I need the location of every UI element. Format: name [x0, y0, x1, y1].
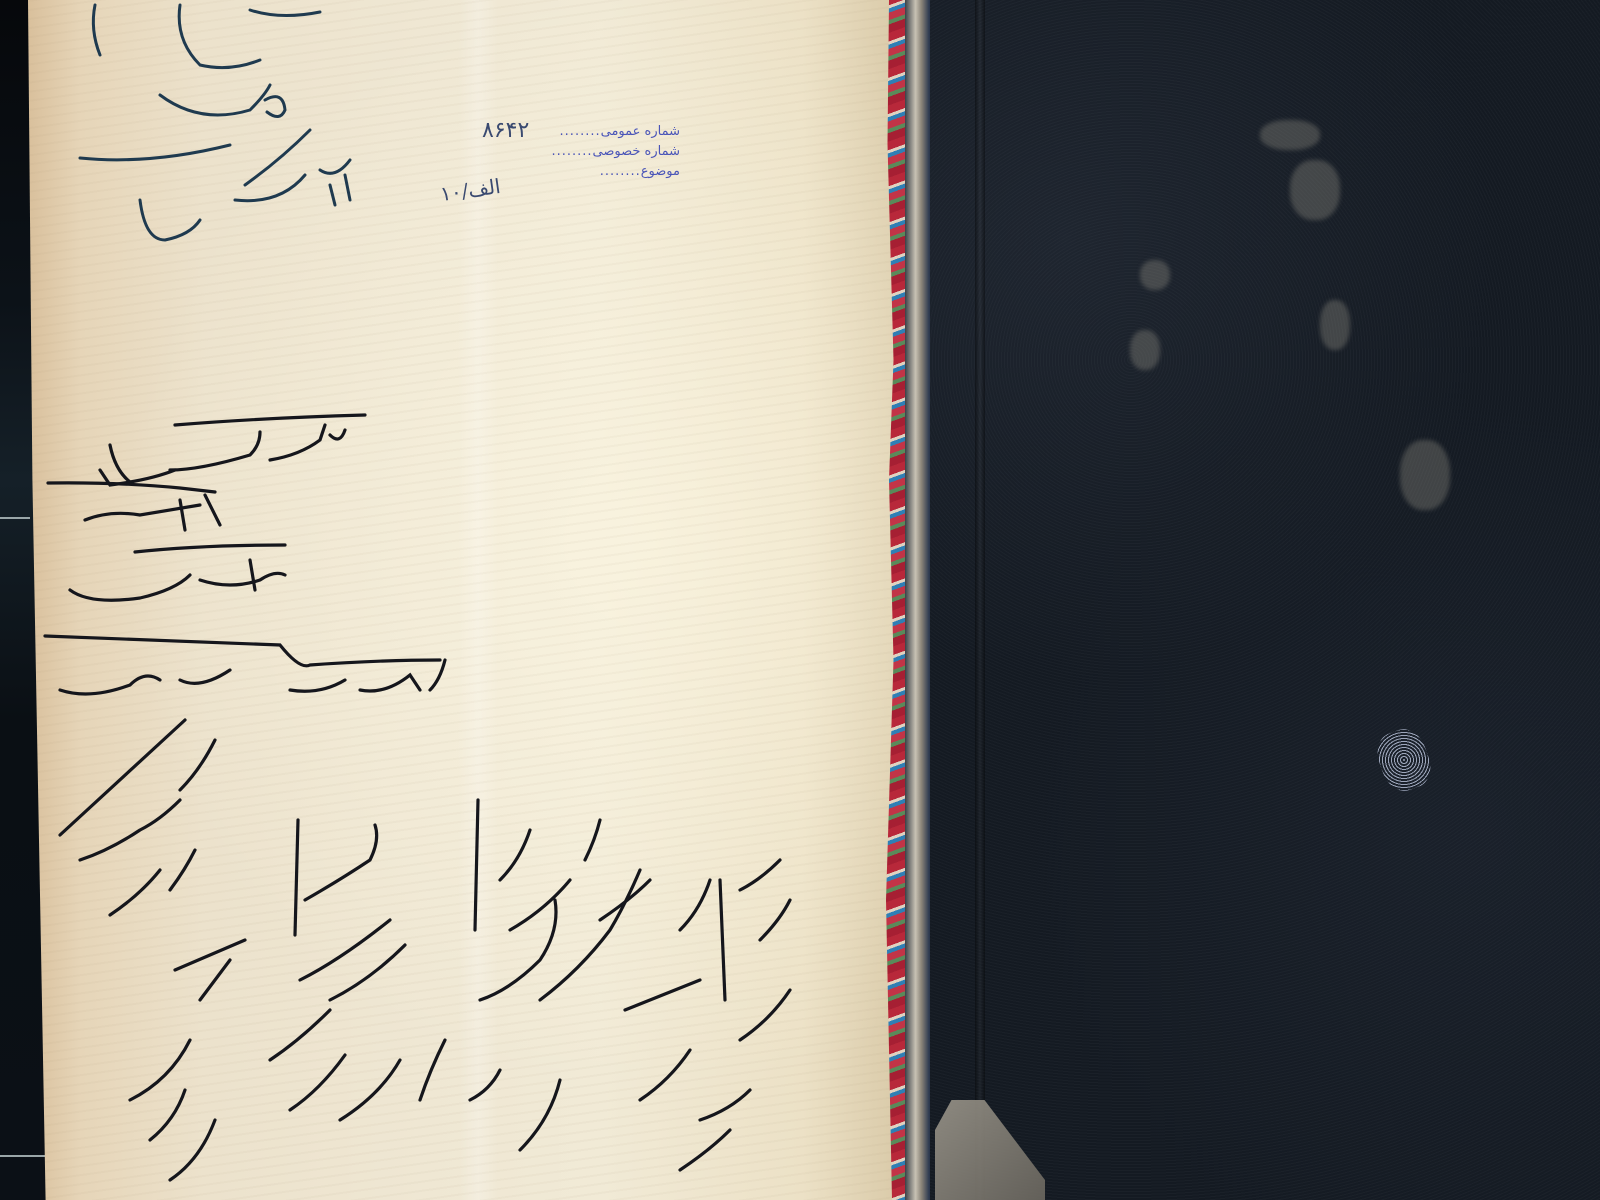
background-line	[0, 1155, 45, 1157]
leather-cover	[930, 0, 1600, 1200]
subject-label: موضوع	[641, 162, 680, 182]
cover-scuff	[1130, 330, 1160, 370]
library-stamp: شماره عمومی........ شماره خصوصی........ …	[520, 122, 680, 182]
cover-scuff	[1400, 440, 1450, 510]
dots: ........	[560, 122, 601, 142]
general-number-label: شماره عمومی	[601, 122, 680, 142]
general-number-value: ۸۶۴۲	[482, 118, 529, 143]
background-line	[0, 517, 30, 519]
cover-ridge	[975, 0, 985, 1200]
dots: ........	[551, 142, 592, 162]
special-number-label: شماره خصوصی	[593, 142, 681, 162]
cover-scuff	[1320, 300, 1350, 350]
cover-scuff	[1260, 120, 1320, 150]
manuscript-photo: شماره عمومی........ شماره خصوصی........ …	[0, 0, 1600, 1200]
cover-scuff	[1290, 160, 1340, 220]
dots: ........	[600, 162, 641, 182]
cover-scuff	[1140, 260, 1170, 290]
